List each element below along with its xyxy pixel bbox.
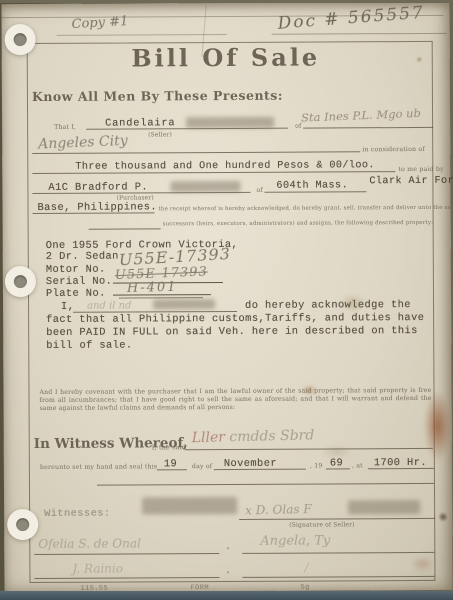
buyer-org: Clark Air Force [369, 176, 453, 188]
successors-blank-line [89, 213, 161, 229]
signature-of-seller-caption: (Signature of Seller) [289, 521, 354, 528]
seller-signature-handwriting: x D. Olas F [245, 502, 312, 518]
witness2-left-handwriting: Ofelia S. de Onal [38, 536, 141, 551]
ack-line-3: been PAID IN FULL on said Veh. here in d… [46, 325, 418, 339]
consideration-label: in consideration of [362, 146, 425, 153]
document-title: Bill Of Sale [2, 42, 450, 73]
i-the-said-label: I, the said [152, 443, 187, 451]
plate-underline-2 [119, 284, 203, 298]
buyer-base: Base, Philippines. [37, 201, 156, 214]
redacted-seller-sig [348, 500, 420, 514]
redacted-seller-surname [186, 117, 274, 128]
scanner-edge-top [0, 0, 453, 3]
witness3-left-line [34, 565, 219, 579]
scanned-document: Copy #1 Doc # 565557 Bill Of Sale Know A… [0, 0, 453, 600]
paid-by-label: to me paid by [398, 166, 443, 173]
redacted-witness-sig [142, 497, 237, 514]
that-i-label: That I, [54, 124, 76, 131]
witness-scrawl-handwriting: Lller cmdds Sbrd [192, 427, 315, 446]
at-label: , at [352, 462, 363, 469]
day-value: 19 [164, 458, 177, 470]
punch-hole-bottom [7, 509, 38, 540]
hereunto-label: hereunto set my hand and seal this [40, 463, 157, 471]
witnesses-label: Witnesses: [44, 508, 110, 520]
witness-scrawl-red: Lller [192, 430, 226, 447]
punch-hole-middle [5, 266, 36, 297]
vehicle-line-2: 2 Dr. Sedan [46, 251, 119, 263]
ditto-mark-1: " [226, 547, 229, 554]
ack-line-1: do hereby acknowledge the [245, 299, 411, 312]
bill-of-sale-page: Copy #1 Doc # 565557 Bill Of Sale Know A… [1, 2, 452, 592]
witness3-right-handwriting: / [304, 561, 308, 575]
serial-no-label: Serial No. [46, 276, 112, 288]
seller-name: Candelaira [105, 117, 175, 129]
redacted-ack-name [153, 299, 215, 309]
day-of-label: day of [192, 463, 212, 470]
buyer-unit: 604th Mass. [276, 180, 348, 191]
ack-line-4: bill of sale. [46, 339, 132, 351]
comma-19-label: , 19 [310, 463, 323, 470]
year-value: 69 [330, 457, 343, 469]
ack-line-2: fact that all Philippine customs,Tariffs… [46, 312, 424, 326]
of-label-2: of [256, 187, 262, 194]
witness3-left-handwriting: J. Rainio [72, 562, 123, 576]
time-value: 1700 Hr. [374, 457, 427, 469]
scanner-edge-bottom [0, 591, 453, 600]
dark-spot [438, 512, 448, 522]
redacted-buyer-surname [170, 181, 240, 192]
amount-text: Three thousand and One hundred Pesos & 0… [75, 160, 375, 173]
witness-scrawl-rest: cmdds Sbrd [225, 427, 315, 445]
plate-no-label: Plate No. [46, 288, 106, 300]
witness3-right-line [242, 564, 434, 578]
punch-hole-top [5, 24, 36, 55]
ack-scrawl-handwriting: and il nd [87, 301, 131, 312]
month-value: November [224, 458, 277, 470]
ditto-mark-2: " [226, 571, 229, 578]
motor-no-label: Motor No. [46, 264, 106, 276]
buyer-name: A1C Bradford P. [48, 181, 148, 194]
covenant-paragraph: And I hereby covenant with the purchaser… [39, 387, 431, 414]
opening-line: Know All Men By These Presents: [32, 88, 283, 104]
blank-line [97, 470, 434, 486]
witness2-right-handwriting: Angela, Ty [260, 533, 330, 548]
